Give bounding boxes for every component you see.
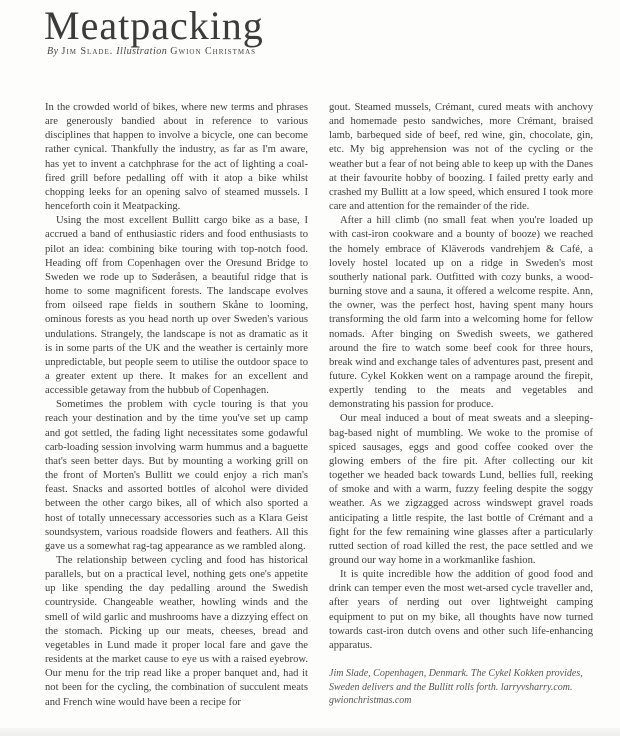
paragraph: gout. Steamed mussels, Crémant, cured me… <box>329 101 593 214</box>
paragraph: Using the most excellent Bullitt cargo b… <box>45 214 308 398</box>
page-bottom-edge <box>0 728 620 736</box>
article-credits: Jim Slade, Copenhagen, Denmark. The Cyke… <box>329 667 593 708</box>
left-column: In the crowded world of bikes, where new… <box>45 101 308 710</box>
paragraph: After a hill climb (no small feat when y… <box>329 214 593 412</box>
paragraph: It is quite incredible how the addition … <box>329 568 593 653</box>
byline: By Jim Slade. Illustration Gwion Christm… <box>47 46 256 57</box>
article-title: Meatpacking <box>44 2 264 49</box>
right-column: gout. Steamed mussels, Crémant, cured me… <box>329 101 593 708</box>
byline-author: Jim Slade. <box>62 46 114 57</box>
byline-illustrator: Gwion Christmas <box>170 46 256 57</box>
paragraph: The relationship between cycling and foo… <box>45 554 308 710</box>
paragraph: In the crowded world of bikes, where new… <box>45 101 308 214</box>
magazine-page: Meatpacking By Jim Slade. Illustration G… <box>0 0 620 728</box>
paragraph: Our meal induced a bout of meat sweats a… <box>329 412 593 568</box>
byline-by: By <box>47 46 59 57</box>
paragraph: Sometimes the problem with cycle touring… <box>45 398 308 554</box>
byline-illustration-label: Illustration <box>116 46 167 57</box>
